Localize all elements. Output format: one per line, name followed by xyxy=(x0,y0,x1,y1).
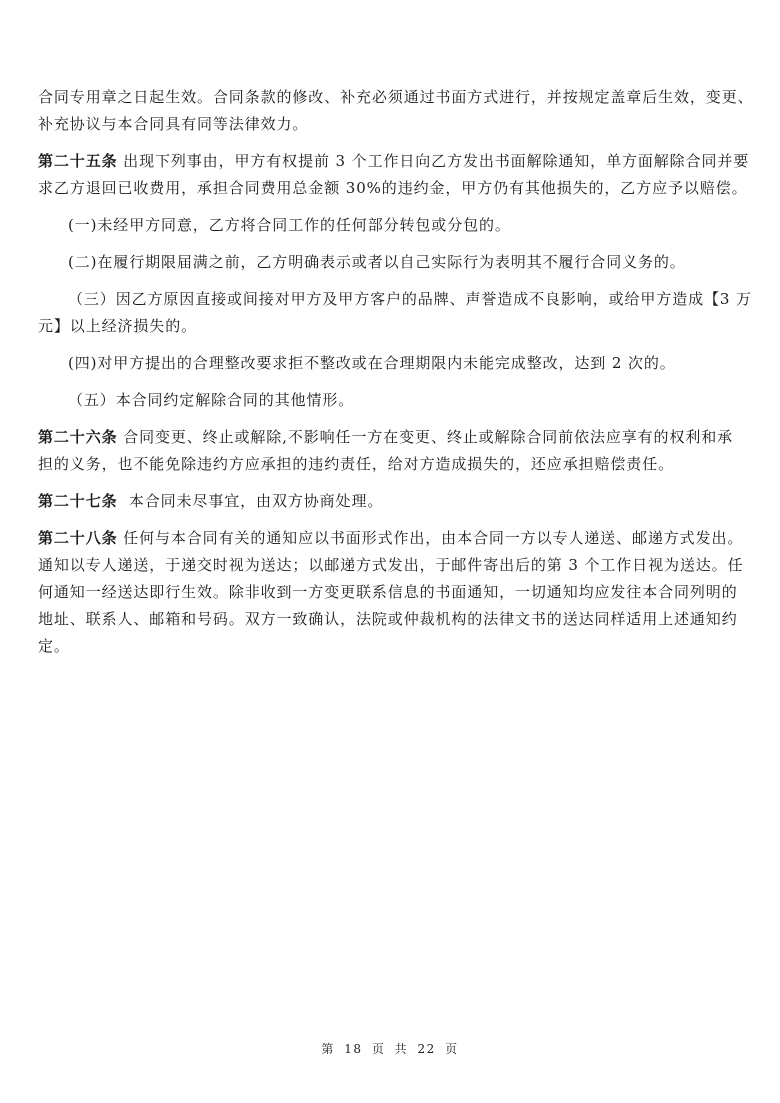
text-line: 通知以专人递送，于递交时视为送达；以邮递方式发出，于邮件寄出后的第 3 个工作日… xyxy=(38,552,744,579)
list-item-4: (四)对甲方提出的合理整改要求拒不整改或在合理期限内未能完成整改，达到 2 次的… xyxy=(38,350,744,377)
text-line: （五）本合同约定解除合同的其他情形。 xyxy=(68,387,744,414)
total-pages-number: 22 xyxy=(418,1042,436,1056)
article-heading: 第二十六条 xyxy=(38,428,118,446)
article-25: 第二十五条 出现下列事由，甲方有权提前 3 个工作日向乙方发出书面解除通知，单方… xyxy=(38,148,744,202)
continuation-paragraph: 合同专用章之日起生效。合同条款的修改、补充必须通过书面方式进行，并按规定盖章后生… xyxy=(38,84,744,138)
text-line: 合同专用章之日起生效。合同条款的修改、补充必须通过书面方式进行，并按规定盖章后生… xyxy=(38,84,744,111)
article-26: 第二十六条 合同变更、终止或解除,不影响任一方在变更、终止或解除合同前依法应享有… xyxy=(38,424,744,478)
text-line: (四)对甲方提出的合理整改要求拒不整改或在合理期限内未能完成整改，达到 2 次的… xyxy=(68,350,744,377)
text-line: 任何与本合同有关的通知应以书面形式作出，由本合同一方以专人递送、邮递方式发出。 xyxy=(118,529,744,547)
text-line: 元】以上经济损失的。 xyxy=(38,313,744,340)
page-footer: 第 18 页 共 22 页 xyxy=(0,1040,780,1057)
page-suffix: 页 xyxy=(445,1042,459,1056)
text-line: 求乙方退回已收费用，承担合同费用总金额 30%的违约金，甲方仍有其他损失的，乙方… xyxy=(38,175,744,202)
text-line: 何通知一经送达即行生效。除非收到一方变更联系信息的书面通知，一切通知均应发往本合… xyxy=(38,579,744,606)
text-line: 出现下列事由，甲方有权提前 3 个工作日向乙方发出书面解除通知，单方面解除合同并… xyxy=(118,152,750,170)
list-item-2: (二)在履行期限届满之前，乙方明确表示或者以自己实际行为表明其不履行合同义务的。 xyxy=(38,249,744,276)
document-page: 合同专用章之日起生效。合同条款的修改、补充必须通过书面方式进行，并按规定盖章后生… xyxy=(38,84,744,670)
text-line: 本合同未尽事宜，由双方协商处理。 xyxy=(118,492,384,510)
page-prefix: 第 xyxy=(321,1042,335,1056)
article-heading: 第二十五条 xyxy=(38,152,118,170)
text-line: 地址、联系人、邮箱和号码。双方一致确认，法院或仲裁机构的法律文书的送达同样适用上… xyxy=(38,606,744,633)
text-line: 合同变更、终止或解除,不影响任一方在变更、终止或解除合同前依法应享有的权利和承 xyxy=(118,428,734,446)
article-heading: 第二十七条 xyxy=(38,492,118,510)
article-28: 第二十八条 任何与本合同有关的通知应以书面形式作出，由本合同一方以专人递送、邮递… xyxy=(38,525,744,660)
list-item-5: （五）本合同约定解除合同的其他情形。 xyxy=(38,387,744,414)
page-word: 页 xyxy=(372,1042,386,1056)
article-heading: 第二十八条 xyxy=(38,529,118,547)
text-line: （三）因乙方原因直接或间接对甲方及甲方客户的品牌、声誉造成不良影响，或给甲方造成… xyxy=(38,286,744,313)
text-line: 定。 xyxy=(38,633,744,660)
list-item-1: (一)未经甲方同意，乙方将合同工作的任何部分转包或分包的。 xyxy=(38,212,744,239)
total-prefix: 共 xyxy=(395,1042,409,1056)
text-line: 担的义务，也不能免除违约方应承担的违约责任，给对方造成损失的，还应承担赔偿责任。 xyxy=(38,451,744,478)
article-27: 第二十七条 本合同未尽事宜，由双方协商处理。 xyxy=(38,488,744,515)
text-line: (一)未经甲方同意，乙方将合同工作的任何部分转包或分包的。 xyxy=(68,212,744,239)
current-page-number: 18 xyxy=(344,1042,362,1056)
text-line: (二)在履行期限届满之前，乙方明确表示或者以自己实际行为表明其不履行合同义务的。 xyxy=(68,249,744,276)
text-line: 补充协议与本合同具有同等法律效力。 xyxy=(38,111,744,138)
list-item-3: （三）因乙方原因直接或间接对甲方及甲方客户的品牌、声誉造成不良影响，或给甲方造成… xyxy=(38,286,744,340)
